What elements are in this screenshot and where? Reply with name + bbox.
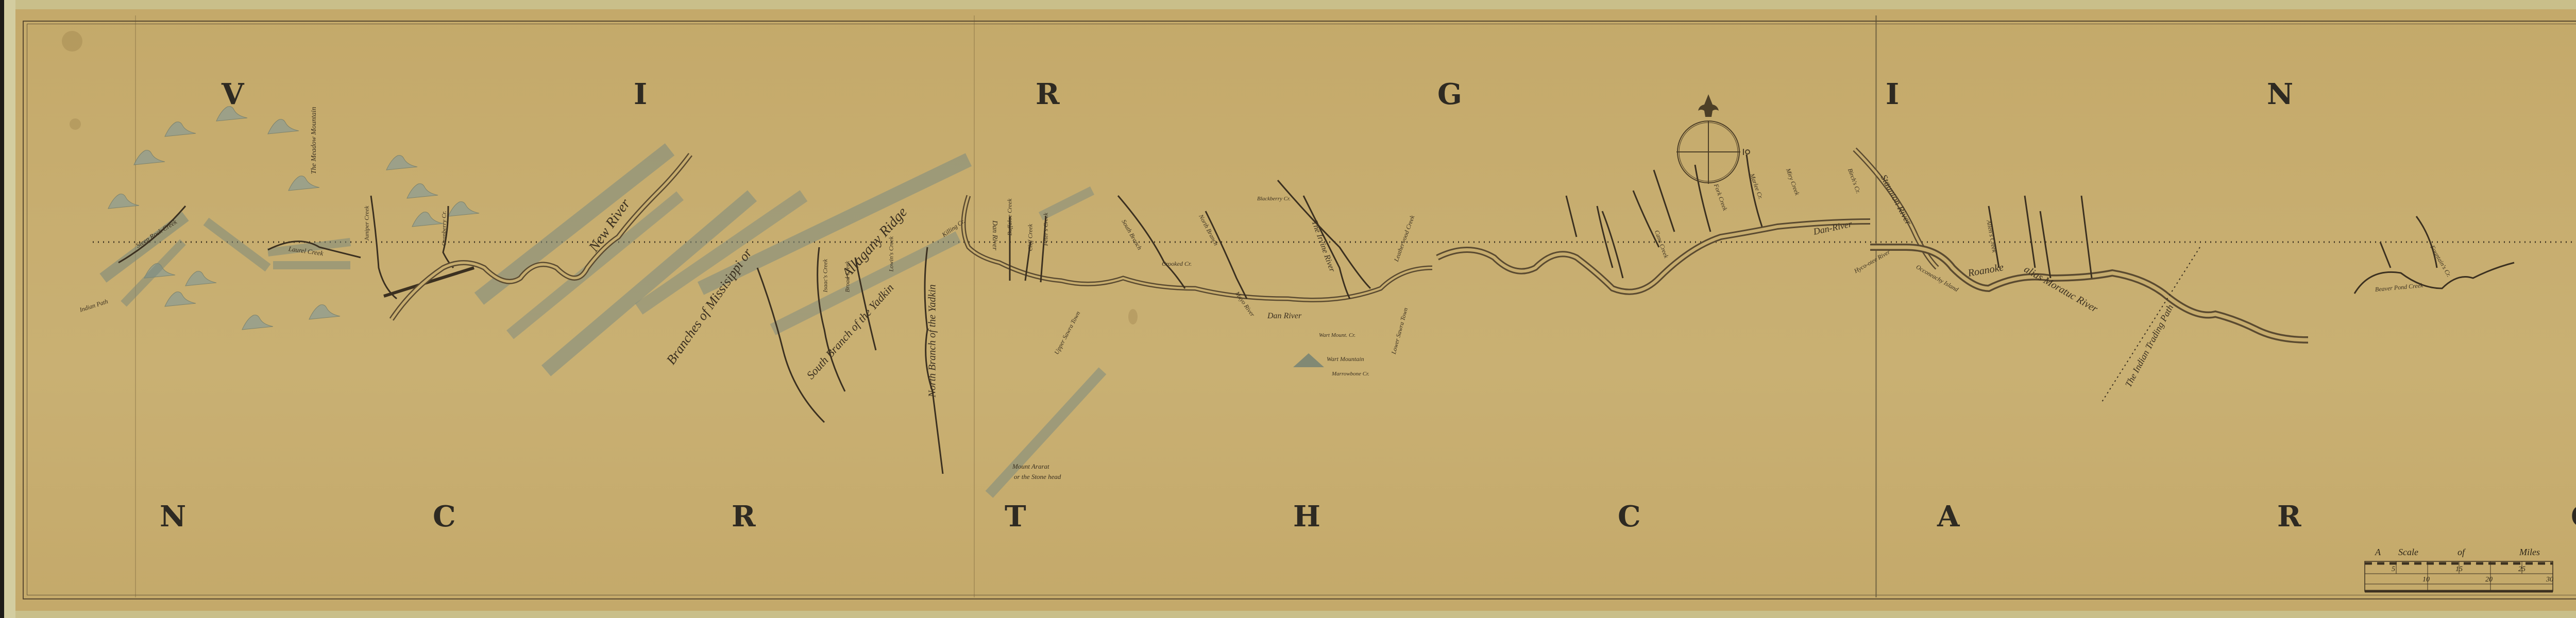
scale-title-a: A xyxy=(2375,547,2381,558)
scale-of-miles: A Scale of Miles 5 15 25 10 20 30 xyxy=(2365,561,2553,592)
state-letter: I xyxy=(634,77,647,111)
scale-tick: 10 xyxy=(2422,576,2430,584)
label-north-branch-yadkin: North Branch of the Yadkin xyxy=(927,284,939,397)
label-dan-river-main: Dan River xyxy=(1267,312,1301,321)
state-letter: H xyxy=(1293,500,1320,534)
state-letter: V xyxy=(222,77,244,111)
label-peters-creek: Peter's Creek xyxy=(1042,213,1050,246)
label-lowins-creek: Lowin's Creek xyxy=(888,236,895,271)
label-meadow-mountain: The Meadow Mountain xyxy=(310,107,318,174)
label-mount-ararat: Mount Ararat xyxy=(1012,462,1049,471)
state-letter: N xyxy=(2267,77,2293,111)
state-letter: N xyxy=(160,500,186,534)
scale-title-miles: Miles xyxy=(2519,547,2540,558)
label-stone-head: or the Stone head xyxy=(1014,473,1061,481)
label-cranberry-creek: Cranberry Cr. xyxy=(440,211,448,246)
label-buffaloe-creek: Buffaloe Creek xyxy=(1006,199,1014,236)
label-dan-river-upper: Dan River xyxy=(990,220,998,250)
scale-title-scale: Scale xyxy=(2398,547,2418,558)
scale-tick: 15 xyxy=(2455,565,2463,574)
scale-tick: 5 xyxy=(2392,565,2395,574)
state-letter: A xyxy=(1937,500,1959,534)
scale-tick: 30 xyxy=(2546,576,2553,584)
map-drawing xyxy=(0,0,2576,618)
label-blackberry-cr: Blackberry Cr. xyxy=(1257,196,1291,202)
compass-rose xyxy=(1676,94,1750,184)
state-letter: G xyxy=(1437,77,1462,111)
state-letter: O xyxy=(2571,500,2576,534)
state-letter: C xyxy=(433,500,456,534)
scale-tick: 20 xyxy=(2485,576,2493,584)
state-letter: R xyxy=(2277,500,2301,534)
scale-tick: 25 xyxy=(2518,565,2526,574)
label-juniper-creek: Juniper Creek xyxy=(363,206,371,241)
state-letter: R xyxy=(1036,77,1060,111)
label-crooked-creek: Crooked Cr. xyxy=(1162,260,1192,268)
state-letter: T xyxy=(1005,500,1026,534)
state-letter: I xyxy=(1886,77,1899,111)
label-wart-mountain: Wart Mountain xyxy=(1327,355,1364,363)
scale-title-of: of xyxy=(2458,547,2465,558)
label-isaacs-creek: Isaac's Creek xyxy=(822,259,829,292)
label-cliff-creek: Cliff Creek xyxy=(1027,224,1035,251)
fleur-de-lis-icon xyxy=(1698,94,1719,117)
label-broad-creek: Broad Creek xyxy=(844,261,852,293)
state-letter: R xyxy=(732,500,756,534)
label-wart-mount-cr: Wart Mount. Cr. xyxy=(1319,332,1355,338)
rivers xyxy=(118,149,2576,474)
state-letter: C xyxy=(1618,500,1641,534)
label-marrowbone-cr: Marrowbone Cr. xyxy=(1332,371,1369,377)
